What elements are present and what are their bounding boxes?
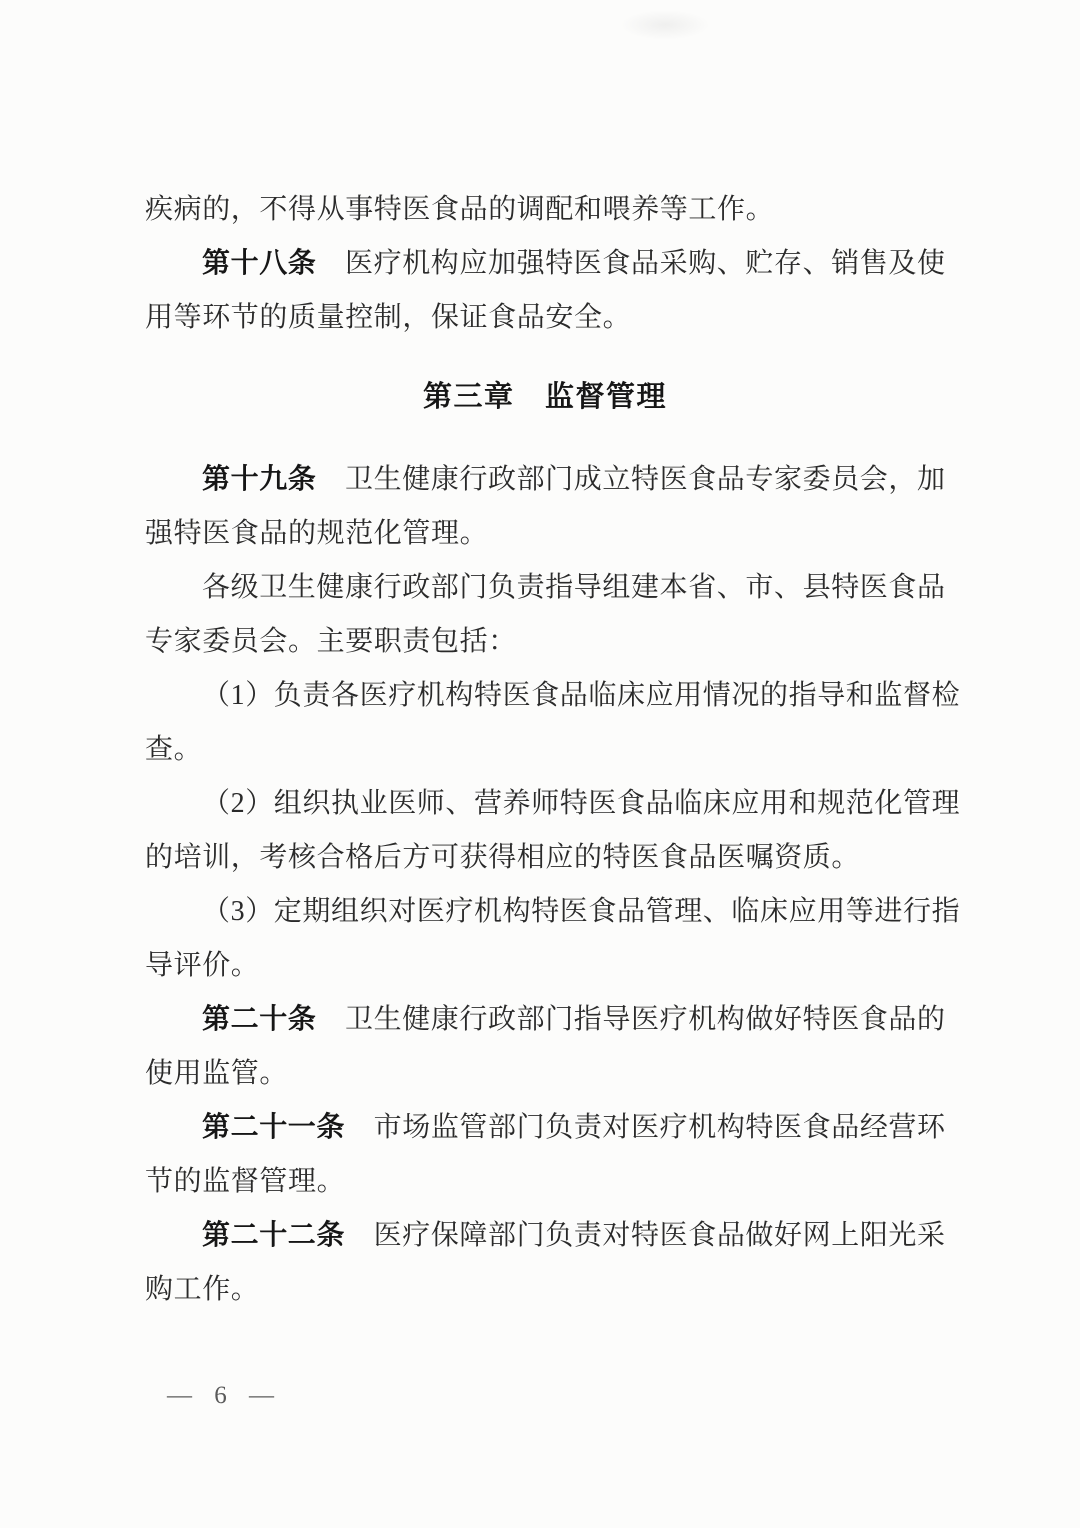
body-line: 导评价。 [145, 939, 945, 993]
body-line: 节的监督管理。 [145, 1155, 945, 1209]
article-number: 第二十条 [202, 1004, 316, 1035]
page-number: — 6 — [167, 1382, 277, 1410]
body-line: 第二十条 卫生健康行政部门指导医疗机构做好特医食品的 [145, 993, 945, 1047]
body-line-text: 卫生健康行政部门指导医疗机构做好特医食品的 [316, 1004, 945, 1035]
body-line: 第二十一条 市场监管部门负责对医疗机构特医食品经营环 [145, 1101, 945, 1155]
body-line-text: 市场监管部门负责对医疗机构特医食品经营环 [345, 1112, 946, 1143]
body-line-text: 的培训，考核合格后方可获得相应的特医食品医嘱资质。 [145, 842, 860, 873]
body-line-text: 专家委员会。主要职责包括： [145, 626, 517, 657]
scan-smudge [620, 10, 710, 40]
body-line: 第二十二条 医疗保障部门负责对特医食品做好网上阳光采 [145, 1209, 945, 1263]
chapter-heading: 第三章 监督管理 [145, 370, 945, 424]
body-line: （3）定期组织对医疗机构特医食品管理、临床应用等进行指 [145, 885, 945, 939]
body-line-text: 用等环节的质量控制，保证食品安全。 [145, 302, 631, 333]
body-line-text: （1）负责各医疗机构特医食品临床应用情况的指导和监督检 [202, 680, 960, 711]
body-line: 疾病的，不得从事特医食品的调配和喂养等工作。 [145, 183, 945, 237]
body-line-text: （2）组织执业医师、营养师特医食品临床应用和规范化管理 [202, 788, 960, 819]
document-page-body: 疾病的，不得从事特医食品的调配和喂养等工作。 第十八条 医疗机构应加强特医食品采… [145, 183, 945, 1317]
body-line-text: 各级卫生健康行政部门负责指导组建本省、市、县特医食品 [202, 572, 946, 603]
body-line: 第十九条 卫生健康行政部门成立特医食品专家委员会，加 [145, 453, 945, 507]
body-line: （2）组织执业医师、营养师特医食品临床应用和规范化管理 [145, 777, 945, 831]
article-number: 第十九条 [202, 464, 316, 495]
body-line-text: 使用监管。 [145, 1058, 288, 1089]
body-line: 的培训，考核合格后方可获得相应的特医食品医嘱资质。 [145, 831, 945, 885]
article-number: 第十八条 [202, 248, 316, 279]
body-line-text: 强特医食品的规范化管理。 [145, 518, 488, 549]
article-number: 第二十一条 [202, 1112, 345, 1143]
body-line-text: 疾病的，不得从事特医食品的调配和喂养等工作。 [145, 194, 774, 225]
body-line: 第十八条 医疗机构应加强特医食品采购、贮存、销售及使 [145, 237, 945, 291]
body-line: 使用监管。 [145, 1047, 945, 1101]
body-line: 专家委员会。主要职责包括： [145, 615, 945, 669]
body-line-text: （3）定期组织对医疗机构特医食品管理、临床应用等进行指 [202, 896, 960, 927]
body-line: 强特医食品的规范化管理。 [145, 507, 945, 561]
body-line-text: 医疗机构应加强特医食品采购、贮存、销售及使 [316, 248, 945, 279]
body-line-text: 查。 [145, 734, 202, 765]
article-number: 第二十二条 [202, 1220, 345, 1251]
body-line: 用等环节的质量控制，保证食品安全。 [145, 291, 945, 345]
body-line: 查。 [145, 723, 945, 777]
body-line-text: 导评价。 [145, 950, 259, 981]
body-line-text: 医疗保障部门负责对特医食品做好网上阳光采 [345, 1220, 946, 1251]
body-line-text: 节的监督管理。 [145, 1166, 345, 1197]
body-line-text: 卫生健康行政部门成立特医食品专家委员会，加 [316, 464, 945, 495]
body-line: 各级卫生健康行政部门负责指导组建本省、市、县特医食品 [145, 561, 945, 615]
body-line: （1）负责各医疗机构特医食品临床应用情况的指导和监督检 [145, 669, 945, 723]
body-line: 购工作。 [145, 1263, 945, 1317]
body-line-text: 购工作。 [145, 1274, 259, 1305]
